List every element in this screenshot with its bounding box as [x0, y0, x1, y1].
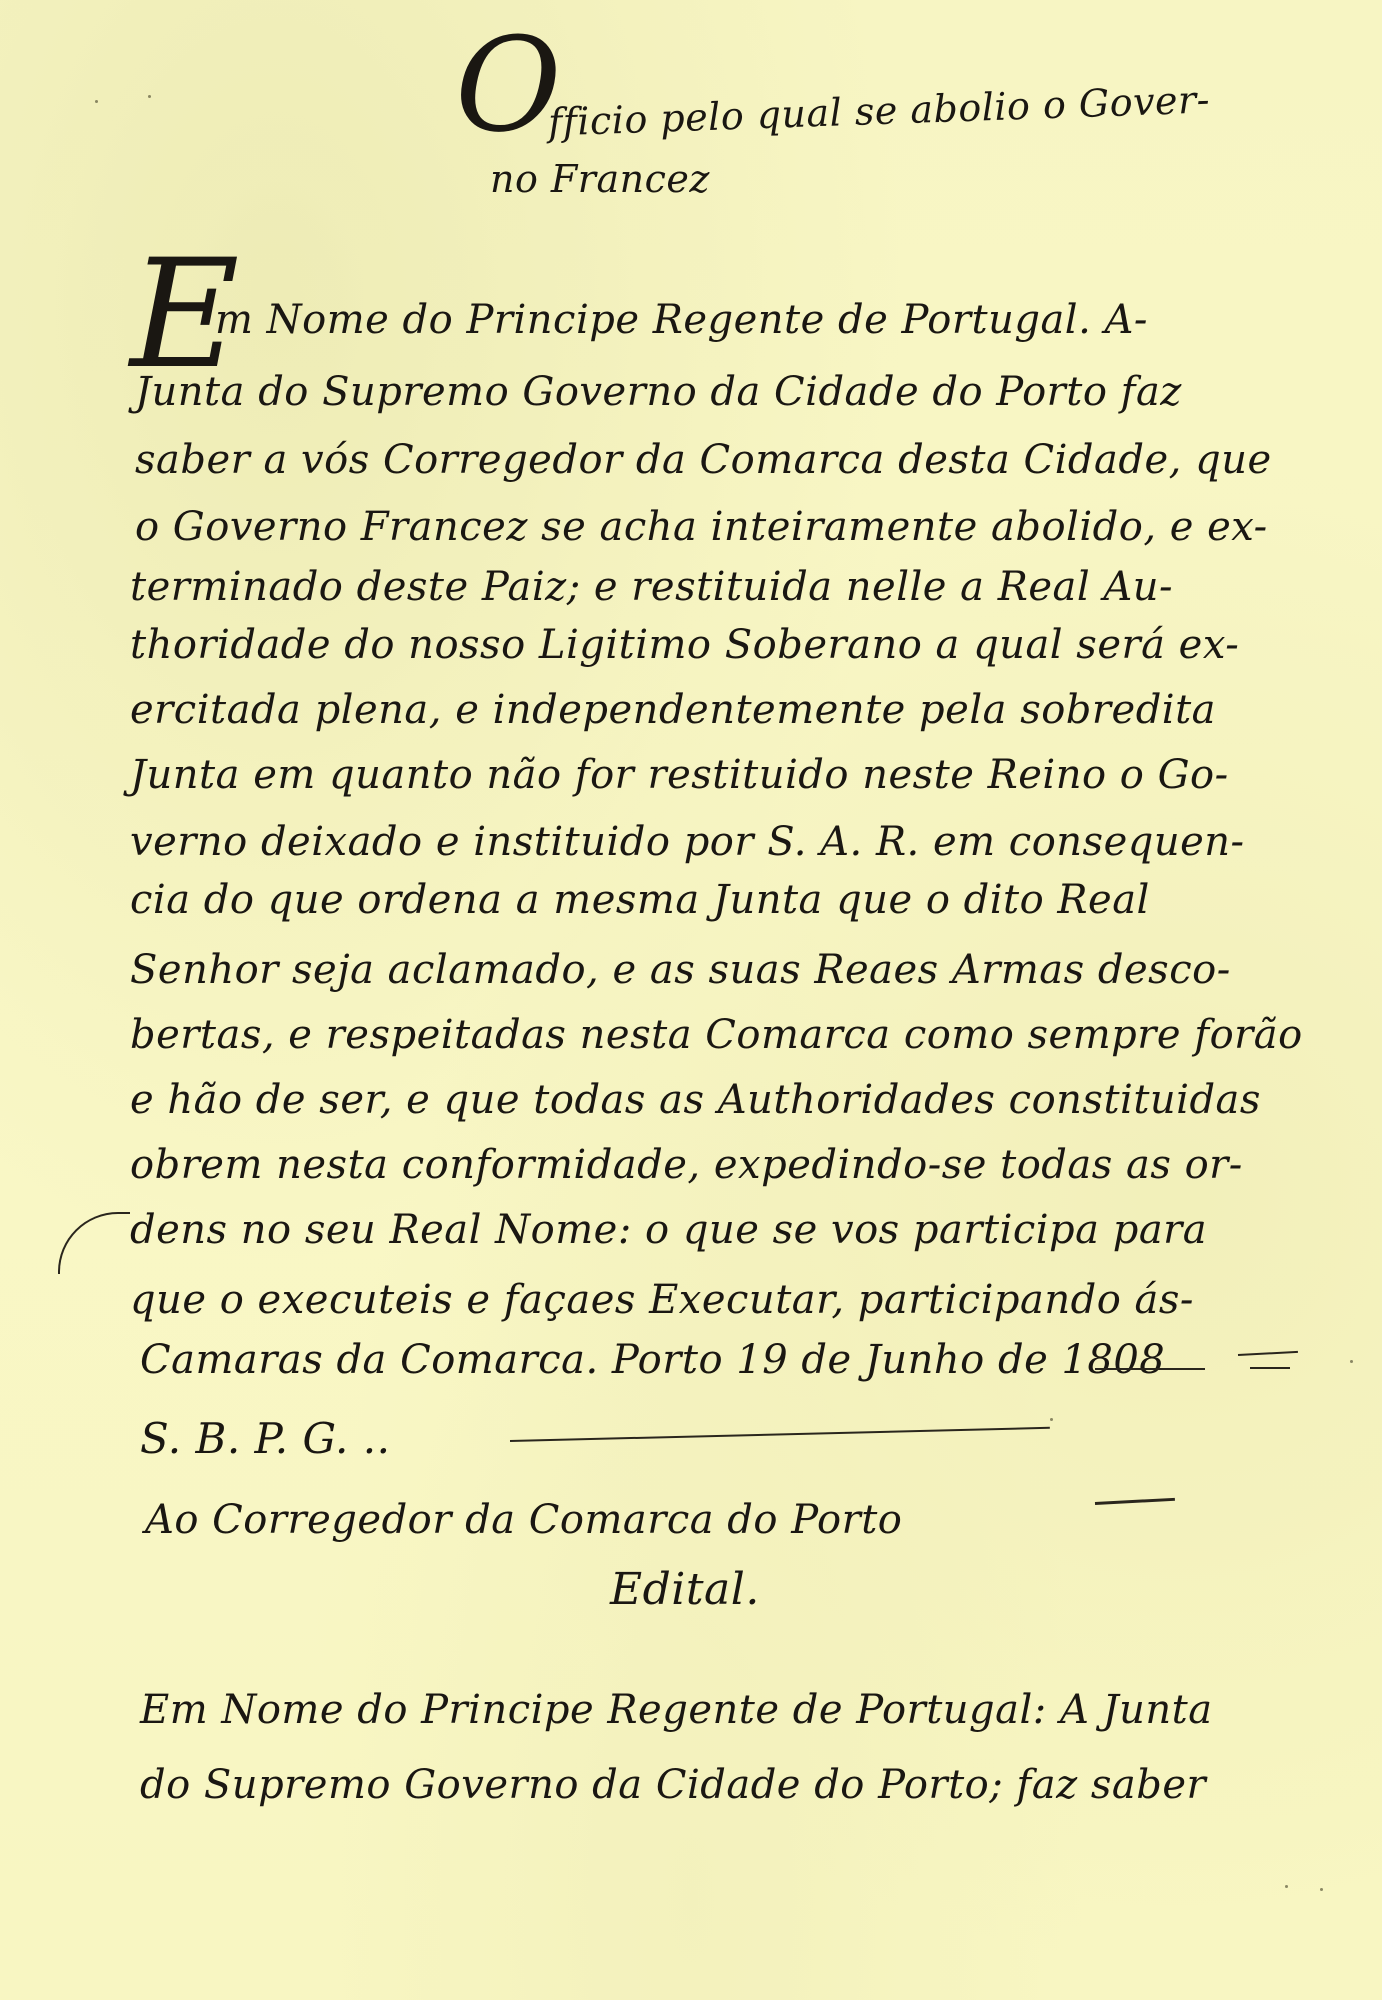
- letter-line: Junta em quanto não for restituido neste…: [130, 755, 1229, 795]
- letter-line: terminado deste Paiz; e restituida nelle…: [130, 567, 1173, 607]
- paper-speck: [1350, 1360, 1353, 1363]
- letter-line: verno deixado e instituido por S. A. R. …: [130, 822, 1245, 862]
- letter-line: dens no seu Real Nome: o que se vos part…: [130, 1210, 1207, 1250]
- paper-speck: [1050, 1418, 1053, 1421]
- letter-line: que o executeis e façaes Executar, parti…: [130, 1280, 1194, 1320]
- edital-line: Em Nome do Principe Regente de Portugal:…: [140, 1690, 1213, 1730]
- double-dash-bottom: [1250, 1367, 1290, 1369]
- paper-speck: [1320, 1888, 1323, 1891]
- edital-line: do Supremo Governo da Cidade do Porto; f…: [140, 1765, 1206, 1805]
- heading-dropcap: O: [455, 20, 562, 150]
- heading-line-2: no Francez: [490, 160, 710, 198]
- letter-line: Junta do Supremo Governo da Cidade do Po…: [135, 372, 1182, 412]
- addressee: Ao Corregedor da Comarca do Porto: [145, 1500, 902, 1540]
- edital-heading: Edital.: [610, 1568, 760, 1612]
- letter-line: m Nome do Principe Regente de Portugal. …: [215, 300, 1148, 340]
- letter-line: o Governo Francez se acha inteiramente a…: [135, 507, 1268, 547]
- letter-line: e hão de ser, e que todas as Authoridade…: [130, 1080, 1261, 1120]
- margin-flourish: [58, 1212, 130, 1274]
- letter-line: saber a vós Corregedor da Comarca desta …: [135, 440, 1272, 480]
- letter-line: cia do que ordena a mesma Junta que o di…: [130, 880, 1150, 920]
- letter-line-date: Camaras da Comarca. Porto 19 de Junho de…: [140, 1340, 1165, 1380]
- letter-line: thoridade do nosso Ligitimo Soberano a q…: [130, 625, 1239, 665]
- letter-line: obrem nesta conformidade, expedindo-se t…: [130, 1145, 1243, 1185]
- manuscript-page: O fficio pelo qual se abolio o Gover- no…: [0, 0, 1382, 2000]
- letter-line: ercitada plena, e independentemente pela…: [130, 690, 1216, 730]
- letter-line: Senhor seja aclamado, e as suas Reaes Ar…: [130, 950, 1231, 990]
- paper-speck: [1285, 1885, 1288, 1888]
- double-dash-top: [1238, 1351, 1298, 1356]
- closing-rule: [510, 1427, 1050, 1442]
- paper-speck: [148, 95, 151, 98]
- letter-line: bertas, e respeitadas nesta Comarca como…: [130, 1015, 1303, 1055]
- addressee-rule: [1095, 1498, 1175, 1505]
- closing-abbreviation: S. B. P. G. ..: [140, 1418, 390, 1460]
- heading-line-1: fficio pelo qual se abolio o Gover-: [548, 80, 1211, 141]
- year-underline: [1095, 1368, 1205, 1370]
- paper-speck: [95, 100, 98, 103]
